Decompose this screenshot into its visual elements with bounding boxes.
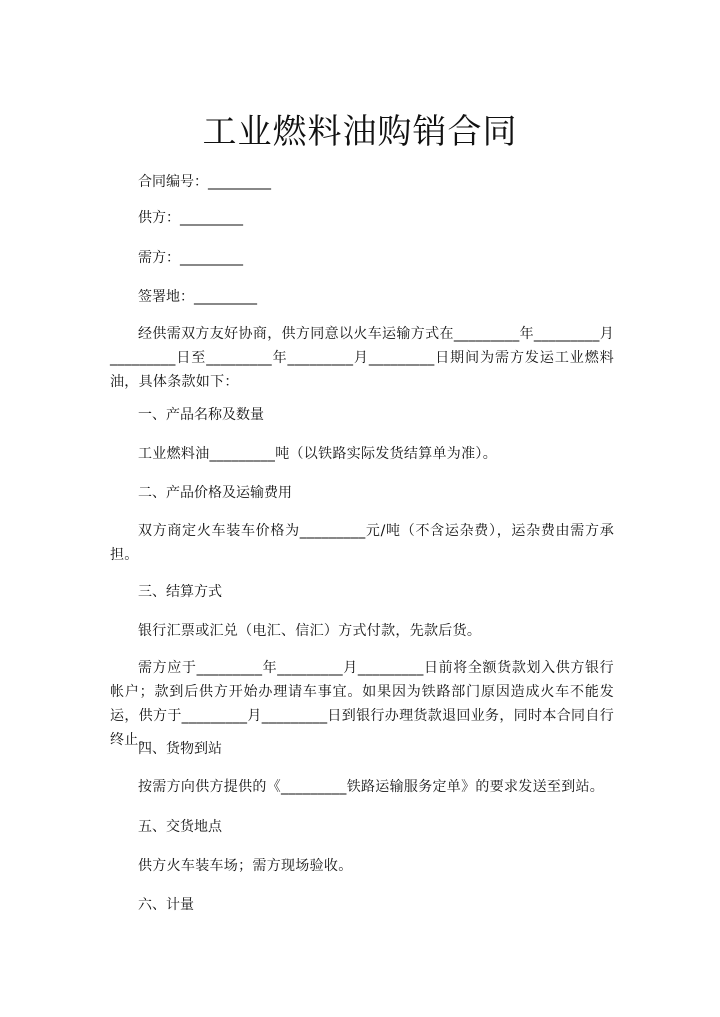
buyer-field: 需方：_________ xyxy=(138,246,243,270)
field-value: _________ xyxy=(194,289,257,305)
section-heading-6: 六、计量 xyxy=(138,893,194,917)
field-value: _________ xyxy=(208,174,271,190)
section-heading-1: 一、产品名称及数量 xyxy=(138,403,264,427)
signing-place-field: 签署地：_________ xyxy=(138,285,257,309)
section-3-paragraph-1: 银行汇票或汇兑（电汇、信汇）方式付款，先款后货。 xyxy=(110,619,614,643)
field-label: 合同编号： xyxy=(138,174,208,190)
field-value: _________ xyxy=(180,210,243,226)
section-heading-2: 二、产品价格及运输费用 xyxy=(138,481,292,505)
section-heading-3: 三、结算方式 xyxy=(138,580,222,604)
section-4-paragraph: 按需方向供方提供的《_________铁路运输服务定单》的要求发送至到站。 xyxy=(110,775,614,799)
contract-number-field: 合同编号：_________ xyxy=(138,170,271,194)
supplier-field: 供方：_________ xyxy=(138,206,243,230)
section-heading-5: 五、交货地点 xyxy=(138,815,222,839)
field-value: _________ xyxy=(180,250,243,266)
field-label: 签署地： xyxy=(138,289,194,305)
section-heading-4: 四、货物到站 xyxy=(138,737,222,761)
section-2-paragraph: 双方商定火车装车价格为_________元/吨（不含运杂费），运杂费由需方承担。 xyxy=(110,519,614,567)
field-label: 需方： xyxy=(138,250,180,266)
section-1-paragraph: 工业燃料油_________吨（以铁路实际发货结算单为准）。 xyxy=(110,442,614,466)
section-5-paragraph: 供方火车装车场；需方现场验收。 xyxy=(110,854,614,878)
document-title: 工业燃料油购销合同 xyxy=(110,104,610,153)
field-label: 供方： xyxy=(138,210,180,226)
intro-paragraph: 经供需双方友好协商，供方同意以火车运输方式在_________年________… xyxy=(110,322,614,394)
